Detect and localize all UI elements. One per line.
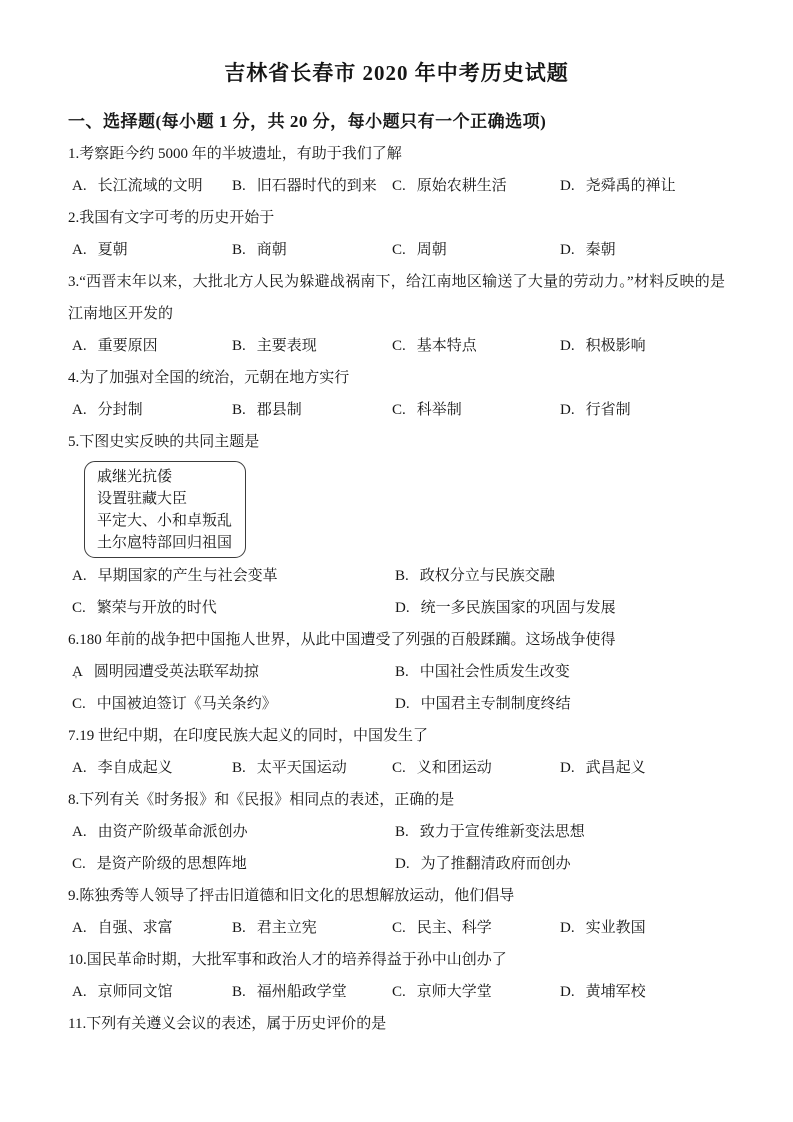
options-row-5-cd: C.繁荣与开放的时代 D.统一多民族国家的巩固与发展	[68, 592, 725, 624]
section-heading: 一、选择题(每小题 1 分，共 20 分，每小题只有一个正确选项)	[68, 106, 725, 138]
option-3d: D.积极影响	[560, 330, 646, 362]
options-row-1: A.长江流域的文明 B.旧石器时代的到来 C.原始农耕生活 D.尧舜禹的禅让	[68, 170, 725, 202]
option-text: 秦朝	[586, 234, 616, 266]
option-label: D.	[560, 234, 575, 266]
option-10d: D.黄埔军校	[560, 976, 646, 1008]
option-text: 中国被迫签订《马关条约》	[97, 688, 277, 720]
option-10c: C.京师大学堂	[392, 976, 492, 1008]
option-label: D.	[395, 848, 410, 880]
fact-line-2: 设置驻藏大臣	[97, 488, 233, 510]
page-content: 吉林省长春市 2020 年中考历史试题 一、选择题(每小题 1 分，共 20 分…	[0, 0, 793, 1040]
options-row-5-ab: A.早期国家的产生与社会变革 B.政权分立与民族交融	[68, 560, 725, 592]
option-text: 科举制	[417, 394, 462, 426]
options-row-8-cd: C.是资产阶级的思想阵地 D.为了推翻清政府而创办	[68, 848, 725, 880]
option-text: 商朝	[257, 234, 287, 266]
option-2d: D.秦朝	[560, 234, 616, 266]
option-text: 君主立宪	[257, 912, 317, 944]
option-label: D.	[560, 170, 575, 202]
option-5a: A.早期国家的产生与社会变革	[72, 560, 278, 592]
option-2b: B.商朝	[232, 234, 287, 266]
option-2c: C.周朝	[392, 234, 447, 266]
option-text: 太平天国运动	[257, 752, 347, 784]
fact-line-1: 戚继光抗倭	[97, 466, 233, 488]
option-text: 政权分立与民族交融	[420, 560, 555, 592]
option-text: 原始农耕生活	[417, 170, 507, 202]
option-text: 义和团运动	[417, 752, 492, 784]
option-text: 圆明园遭受英法联军劫掠	[94, 656, 259, 688]
option-1a: A.长江流域的文明	[72, 170, 203, 202]
option-label: C.	[392, 330, 406, 362]
option-text: 长江流域的文明	[98, 170, 203, 202]
options-row-6-cd: ' C.中国被迫签订《马关条约》 D.中国君主专制制度终结	[68, 688, 725, 720]
options-row-2: A.夏朝 B.商朝 C.周朝 D.秦朝	[68, 234, 725, 266]
option-text: 民主、科学	[417, 912, 492, 944]
option-8d: D.为了推翻清政府而创办	[395, 848, 571, 880]
option-text: 夏朝	[98, 234, 128, 266]
option-label: B.	[232, 330, 246, 362]
option-3b: B.主要表现	[232, 330, 317, 362]
options-row-8-ab: A.由资产阶级革命派创办 B.致力于宣传维新变法思想	[68, 816, 725, 848]
option-7a: A.李自成起义	[72, 752, 173, 784]
option-text: 旧石器时代的到来	[257, 170, 377, 202]
option-text: 为了推翻清政府而创办	[421, 848, 571, 880]
option-text: 武昌起义	[586, 752, 646, 784]
option-text: 黄埔军校	[586, 976, 646, 1008]
question-text-10: 10.国民革命时期，大批军事和政治人才的培养得益于孙中山创办了	[68, 944, 725, 976]
fact-line-4: 土尔扈特部回归祖国	[97, 532, 233, 554]
option-text: 繁荣与开放的时代	[97, 592, 217, 624]
option-label: B.	[232, 976, 246, 1008]
option-label: B.	[232, 752, 246, 784]
option-text: 京师同文馆	[98, 976, 173, 1008]
option-label: C.	[392, 752, 406, 784]
option-text: 主要表现	[257, 330, 317, 362]
option-label: D.	[395, 688, 410, 720]
option-label: D.	[560, 394, 575, 426]
option-10a: A.京师同文馆	[72, 976, 173, 1008]
option-label: A.	[72, 330, 87, 362]
option-6c: C.中国被迫签订《马关条约》	[72, 688, 277, 720]
option-2a: A.夏朝	[72, 234, 128, 266]
option-text: 自强、求富	[98, 912, 173, 944]
options-row-3: A.重要原因 B.主要表现 C.基本特点 D.积极影响	[68, 330, 725, 362]
option-text: 行省制	[586, 394, 631, 426]
option-text: 实业教国	[586, 912, 646, 944]
option-9b: B.君主立宪	[232, 912, 317, 944]
option-text: 由资产阶级革命派创办	[98, 816, 248, 848]
option-label: D.	[560, 330, 575, 362]
options-row-9: A.自强、求富 B.君主立宪 C.民主、科学 D.实业教国	[68, 912, 725, 944]
option-1b: B.旧石器时代的到来	[232, 170, 377, 202]
option-label: C.	[392, 394, 406, 426]
option-label: A.	[72, 170, 87, 202]
question-text-1: 1.考察距今约 5000 年的半坡遗址，有助于我们了解	[68, 138, 725, 170]
option-label: C.	[72, 688, 86, 720]
question-text-3: 3.“西晋末年以来，大批北方人民为躲避战祸南下，给江南地区输送了大量的劳动力。”…	[68, 266, 725, 330]
option-8c: C.是资产阶级的思想阵地	[72, 848, 247, 880]
option-label: B.	[395, 560, 409, 592]
option-7c: C.义和团运动	[392, 752, 492, 784]
option-9d: D.实业教国	[560, 912, 646, 944]
option-text: 郡县制	[257, 394, 302, 426]
option-text: 基本特点	[417, 330, 477, 362]
option-6a: A圆明园遭受英法联军劫掠	[72, 656, 259, 688]
option-label: A	[72, 656, 83, 688]
option-5c: C.繁荣与开放的时代	[72, 592, 217, 624]
question-text-4: 4.为了加强对全国的统治，元朝在地方实行	[68, 362, 725, 394]
option-text: 福州船政学堂	[257, 976, 347, 1008]
option-text: 重要原因	[98, 330, 158, 362]
option-label: D.	[560, 752, 575, 784]
option-label: C.	[392, 234, 406, 266]
option-label: B.	[395, 656, 409, 688]
option-1d: D.尧舜禹的禅让	[560, 170, 676, 202]
option-8a: A.由资产阶级革命派创办	[72, 816, 248, 848]
option-7d: D.武昌起义	[560, 752, 646, 784]
option-label: A.	[72, 234, 87, 266]
question-text-7: 7.19 世纪中期，在印度民族大起义的同时，中国发生了	[68, 720, 725, 752]
options-row-7: A.李自成起义 B.太平天国运动 C.义和团运动 D.武昌起义	[68, 752, 725, 784]
option-label: B.	[232, 394, 246, 426]
page-title: 吉林省长春市 2020 年中考历史试题	[68, 0, 725, 90]
option-4d: D.行省制	[560, 394, 631, 426]
option-text: 尧舜禹的禅让	[586, 170, 676, 202]
option-label: D.	[560, 912, 575, 944]
option-3c: C.基本特点	[392, 330, 477, 362]
option-5d: D.统一多民族国家的巩固与发展	[395, 592, 616, 624]
option-text: 积极影响	[586, 330, 646, 362]
question-text-8: 8.下列有关《时务报》和《民报》相同点的表述，正确的是	[68, 784, 725, 816]
options-row-4: A.分封制 B.郡县制 C.科举制 D.行省制	[68, 394, 725, 426]
option-label: B.	[232, 912, 246, 944]
option-label: C.	[392, 170, 406, 202]
option-3a: A.重要原因	[72, 330, 158, 362]
option-label: C.	[392, 976, 406, 1008]
option-text: 致力于宣传维新变法思想	[420, 816, 585, 848]
option-6b: B.中国社会性质发生改变	[395, 656, 570, 688]
stray-mark: '	[75, 675, 77, 685]
option-text: 早期国家的产生与社会变革	[98, 560, 278, 592]
option-label: C.	[72, 592, 86, 624]
option-text: 是资产阶级的思想阵地	[97, 848, 247, 880]
options-row-10: A.京师同文馆 B.福州船政学堂 C.京师大学堂 D.黄埔军校	[68, 976, 725, 1008]
option-label: B.	[395, 816, 409, 848]
option-label: D.	[560, 976, 575, 1008]
option-4a: A.分封制	[72, 394, 143, 426]
option-text: 李自成起义	[98, 752, 173, 784]
fact-line-3: 平定大、小和卓叛乱	[97, 510, 233, 532]
option-5b: B.政权分立与民族交融	[395, 560, 555, 592]
question-text-9: 9.陈独秀等人领导了抨击旧道德和旧文化的思想解放运动，他们倡导	[68, 880, 725, 912]
facts-box: 戚继光抗倭 设置驻藏大臣 平定大、小和卓叛乱 土尔扈特部回归祖国	[84, 461, 246, 558]
question-text-11: 11.下列有关遵义会议的表述，属于历史评价的是	[68, 1008, 725, 1040]
options-row-6-ab: A圆明园遭受英法联军劫掠 B.中国社会性质发生改变	[68, 656, 725, 688]
question-text-6: 6.180 年前的战争把中国拖人世界，从此中国遭受了列强的百般蹂躏。这场战争使得	[68, 624, 725, 656]
option-7b: B.太平天国运动	[232, 752, 347, 784]
option-label: A.	[72, 394, 87, 426]
option-text: 分封制	[98, 394, 143, 426]
option-label: A.	[72, 976, 87, 1008]
option-8b: B.致力于宣传维新变法思想	[395, 816, 585, 848]
option-text: 统一多民族国家的巩固与发展	[421, 592, 616, 624]
option-label: C.	[392, 912, 406, 944]
option-9c: C.民主、科学	[392, 912, 492, 944]
option-label: B.	[232, 170, 246, 202]
option-text: 中国社会性质发生改变	[420, 656, 570, 688]
option-label: B.	[232, 234, 246, 266]
exam-page: 吉林省长春市 2020 年中考历史试题 一、选择题(每小题 1 分，共 20 分…	[0, 0, 793, 1122]
option-text: 周朝	[417, 234, 447, 266]
option-1c: C.原始农耕生活	[392, 170, 507, 202]
option-6d: D.中国君主专制制度终结	[395, 688, 571, 720]
option-label: A.	[72, 752, 87, 784]
option-label: A.	[72, 816, 87, 848]
option-4b: B.郡县制	[232, 394, 302, 426]
option-label: A.	[72, 912, 87, 944]
option-label: C.	[72, 848, 86, 880]
option-text: 京师大学堂	[417, 976, 492, 1008]
option-label: D.	[395, 592, 410, 624]
question-text-5: 5.下图史实反映的共同主题是	[68, 426, 725, 458]
option-10b: B.福州船政学堂	[232, 976, 347, 1008]
option-4c: C.科举制	[392, 394, 462, 426]
option-label: A.	[72, 560, 87, 592]
option-9a: A.自强、求富	[72, 912, 173, 944]
option-text: 中国君主专制制度终结	[421, 688, 571, 720]
question-text-2: 2.我国有文字可考的历史开始于	[68, 202, 725, 234]
